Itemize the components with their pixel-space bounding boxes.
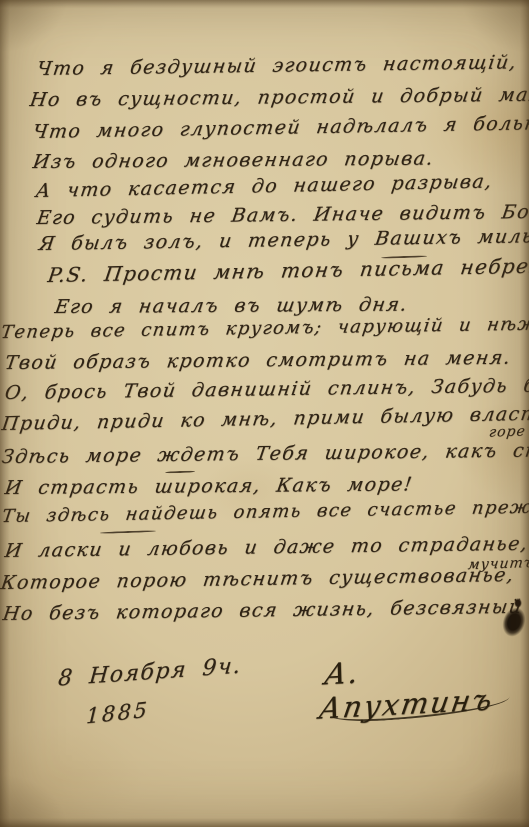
interlinear-insertion: мучитъ [467,555,529,573]
manuscript-scan: Что я бездушный эгоистъ настоящій, Но въ… [0,0,529,827]
manuscript-line: Его я началъ въ шумѣ дня. [53,294,409,318]
ink-blot-speck [514,598,522,608]
manuscript-line: Изъ одного мгновеннаго порыва. [31,147,435,173]
manuscript-line: И страсть широкая, Какъ море! [3,473,414,499]
interlinear-insertion: горе [488,423,527,440]
